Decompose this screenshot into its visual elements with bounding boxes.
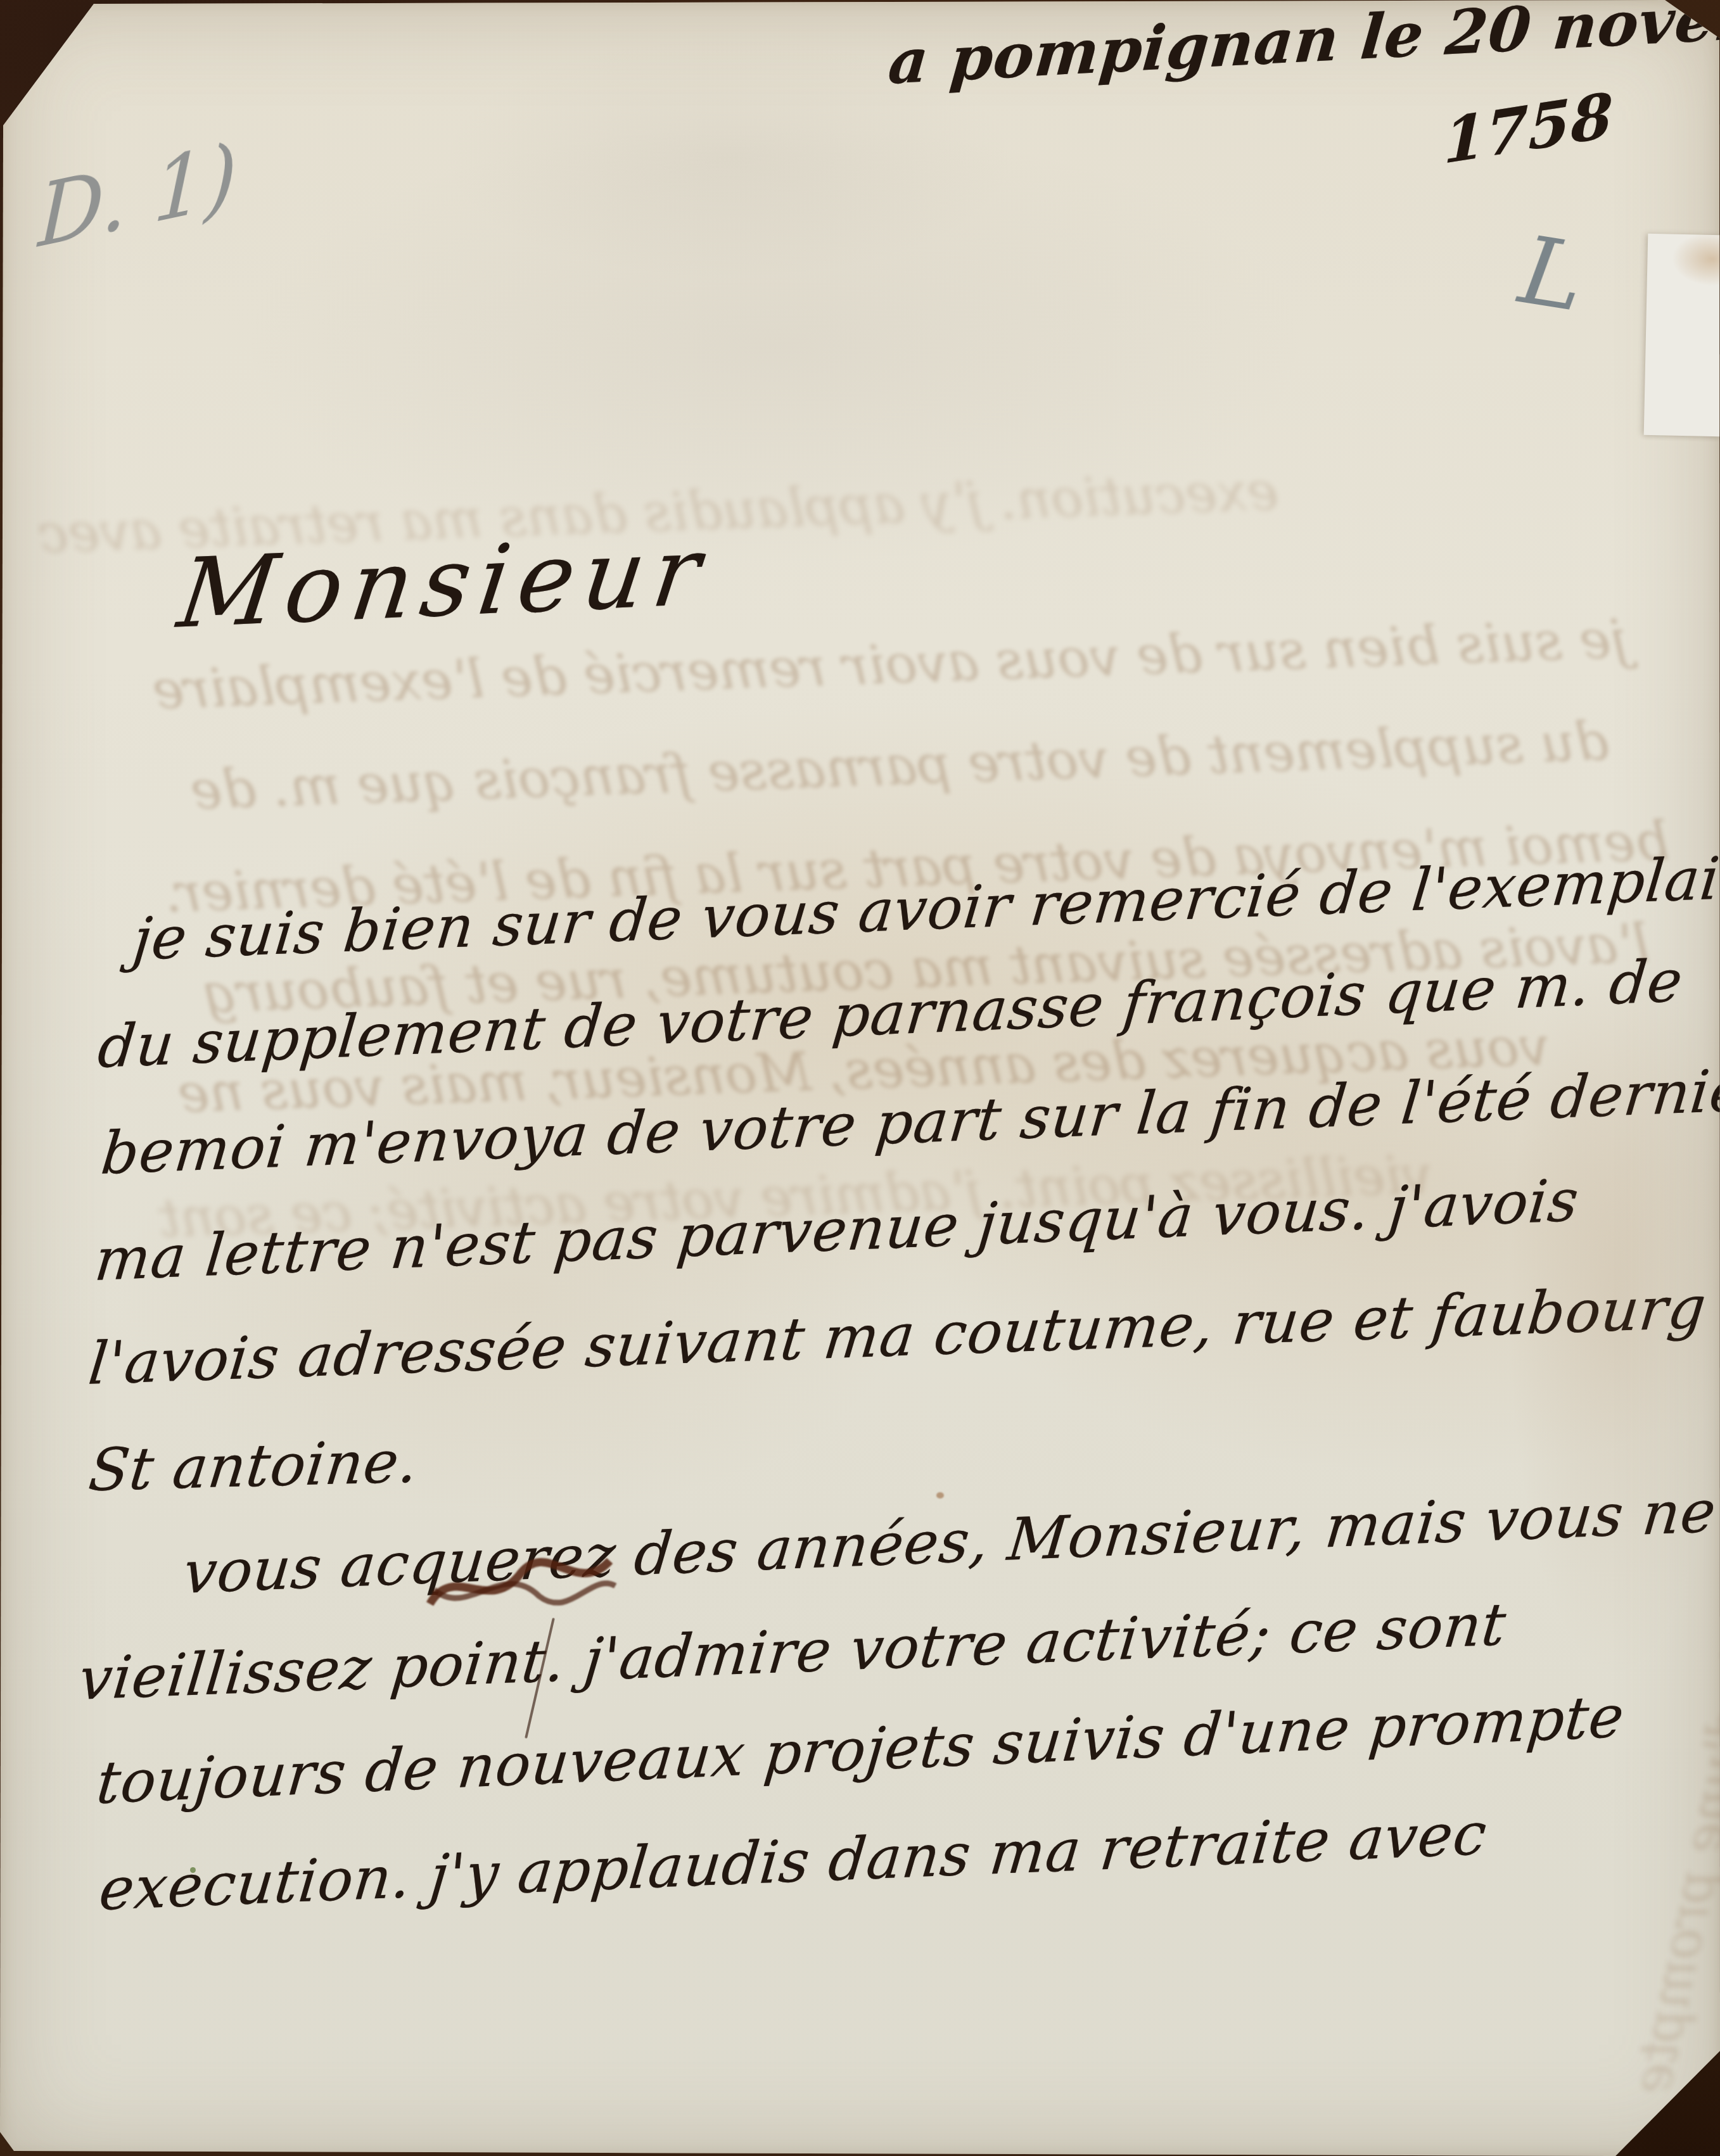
green-speck: [190, 1867, 196, 1873]
pencil-letter-l: L: [1513, 215, 1591, 333]
paper-spot: [936, 1492, 944, 1499]
body-line: vous acquerez des années, Monsieur, mais…: [181, 1477, 1719, 1607]
photo-of-letter: { "letter": { "dateline": { "place_line"…: [0, 0, 1720, 2156]
body-line: execution. j'y applaudis dans ma retrait…: [96, 1800, 1490, 1924]
dateline-year: 1758: [1443, 79, 1614, 178]
ink-correction-blot: [418, 1532, 627, 1641]
bleedthrough-line: du supplement de votre parnasse françois…: [189, 710, 1610, 821]
body-line: St antoine.: [86, 1428, 422, 1504]
tape-patch: [1644, 234, 1720, 436]
body-line: vieillissez point. j'admire votre activi…: [76, 1590, 1510, 1713]
pencil-inscription: D. 1): [37, 125, 239, 267]
body-line: l'avois adressée suivant ma coutume, rue…: [86, 1273, 1709, 1398]
letter-paper: je suis bien sur de vous avoir remercié …: [0, 0, 1720, 2156]
salutation: Monsieur: [172, 516, 715, 650]
